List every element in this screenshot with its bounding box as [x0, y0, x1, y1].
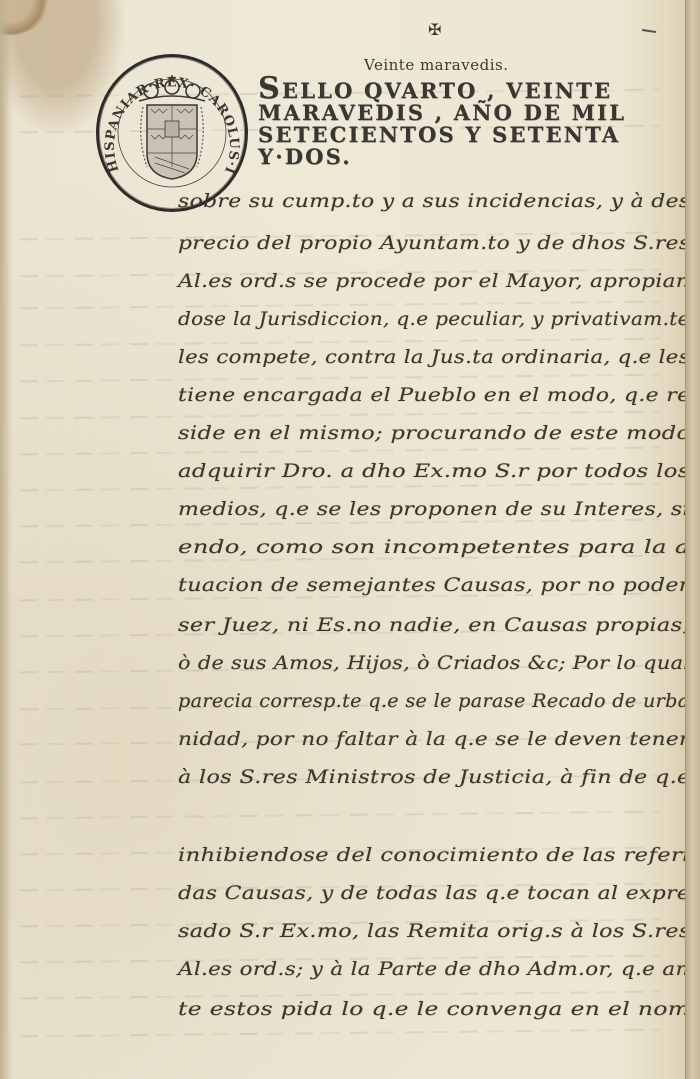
stamp-denomination: Veinte maravedis. [364, 56, 508, 74]
manuscript-line: Al.es ord.s; y à la Parte de dho Adm.or,… [178, 958, 690, 980]
manuscript-line: sado S.r Ex.mo, las Remita orig.s à los … [178, 920, 691, 942]
manuscript-line: ser Juez, ni Es.no nadie, en Causas prop… [178, 614, 690, 636]
coat-of-arms-icon: HISPANIAR·REX· CAROLUS·III·D·G· [99, 57, 245, 209]
manuscript-line: dose la Jurisdiccion, q.e peculiar, y pr… [178, 308, 690, 330]
manuscript-line: tuacion de semejantes Causas, por no pod… [178, 574, 690, 596]
manuscript-line: à los S.res Ministros de Justicia, à fin… [178, 766, 691, 788]
bleed-through-line [20, 447, 660, 456]
manuscript-line: Al.es ord.s se procede por el Mayor, apr… [178, 270, 690, 292]
stamp-title-line: Y·DOS. [258, 146, 658, 168]
bleed-through-line [20, 811, 660, 820]
manuscript-line: medios, q.e se les proponen de su Intere… [178, 498, 690, 520]
page-edge [685, 0, 700, 1079]
stamp-title-line: SELLO QVARTO , VEINTE [258, 78, 658, 102]
manuscript-page: ✠ HISPANIAR·REX· CAROLUS·III·D·G· [0, 0, 700, 1079]
manuscript-line: inhibiendose del conocimiento de las ref… [178, 844, 690, 866]
manuscript-line: tiene encargada el Pueblo en el modo, q.… [178, 384, 690, 406]
manuscript-line: precio del propio Ayuntam.to y de dhos S… [178, 232, 690, 254]
manuscript-line: sobre su cump.to y a sus incidencias, y … [178, 190, 690, 212]
bleed-through-line [20, 483, 660, 492]
manuscript-line: te estos pida lo q.e le convenga en el n… [178, 998, 690, 1020]
stamp-title-line: MARAVEDIS , AÑO DE MIL [258, 102, 658, 124]
bleed-through-line [20, 411, 660, 420]
manuscript-line: adquirir Dro. a dho Ex.mo S.r por todos … [178, 460, 690, 482]
manuscript-line: nidad, por no faltar à la q.e se le deve… [178, 728, 690, 750]
ink-mark [642, 29, 656, 33]
manuscript-line: ò de sus Amos, Hijos, ò Criados &c; Por … [178, 652, 690, 674]
manuscript-line: parecia corresp.te q.e se le parase Reca… [178, 690, 690, 712]
royal-seal: HISPANIAR·REX· CAROLUS·III·D·G· [96, 54, 248, 212]
cross-ornament-icon: ✠ [428, 20, 441, 39]
stamp-title-line: SETECIENTOS Y SETENTA [258, 124, 658, 146]
manuscript-line: les compete, contra la Jus.ta ordinaria,… [178, 346, 690, 368]
bleed-through-line [20, 1029, 660, 1038]
manuscript-line: side en el mismo; procurando de este mod… [178, 422, 690, 444]
bleed-through-line [20, 374, 660, 383]
page-gutter [0, 0, 10, 1079]
manuscript-line: das Causas, y de todas las q.e tocan al … [178, 882, 690, 904]
manuscript-line: endo, como son incompetentes para la a [178, 536, 690, 558]
stamp-header: SELLO QVARTO , VEINTE MARAVEDIS , AÑO DE… [258, 78, 658, 168]
